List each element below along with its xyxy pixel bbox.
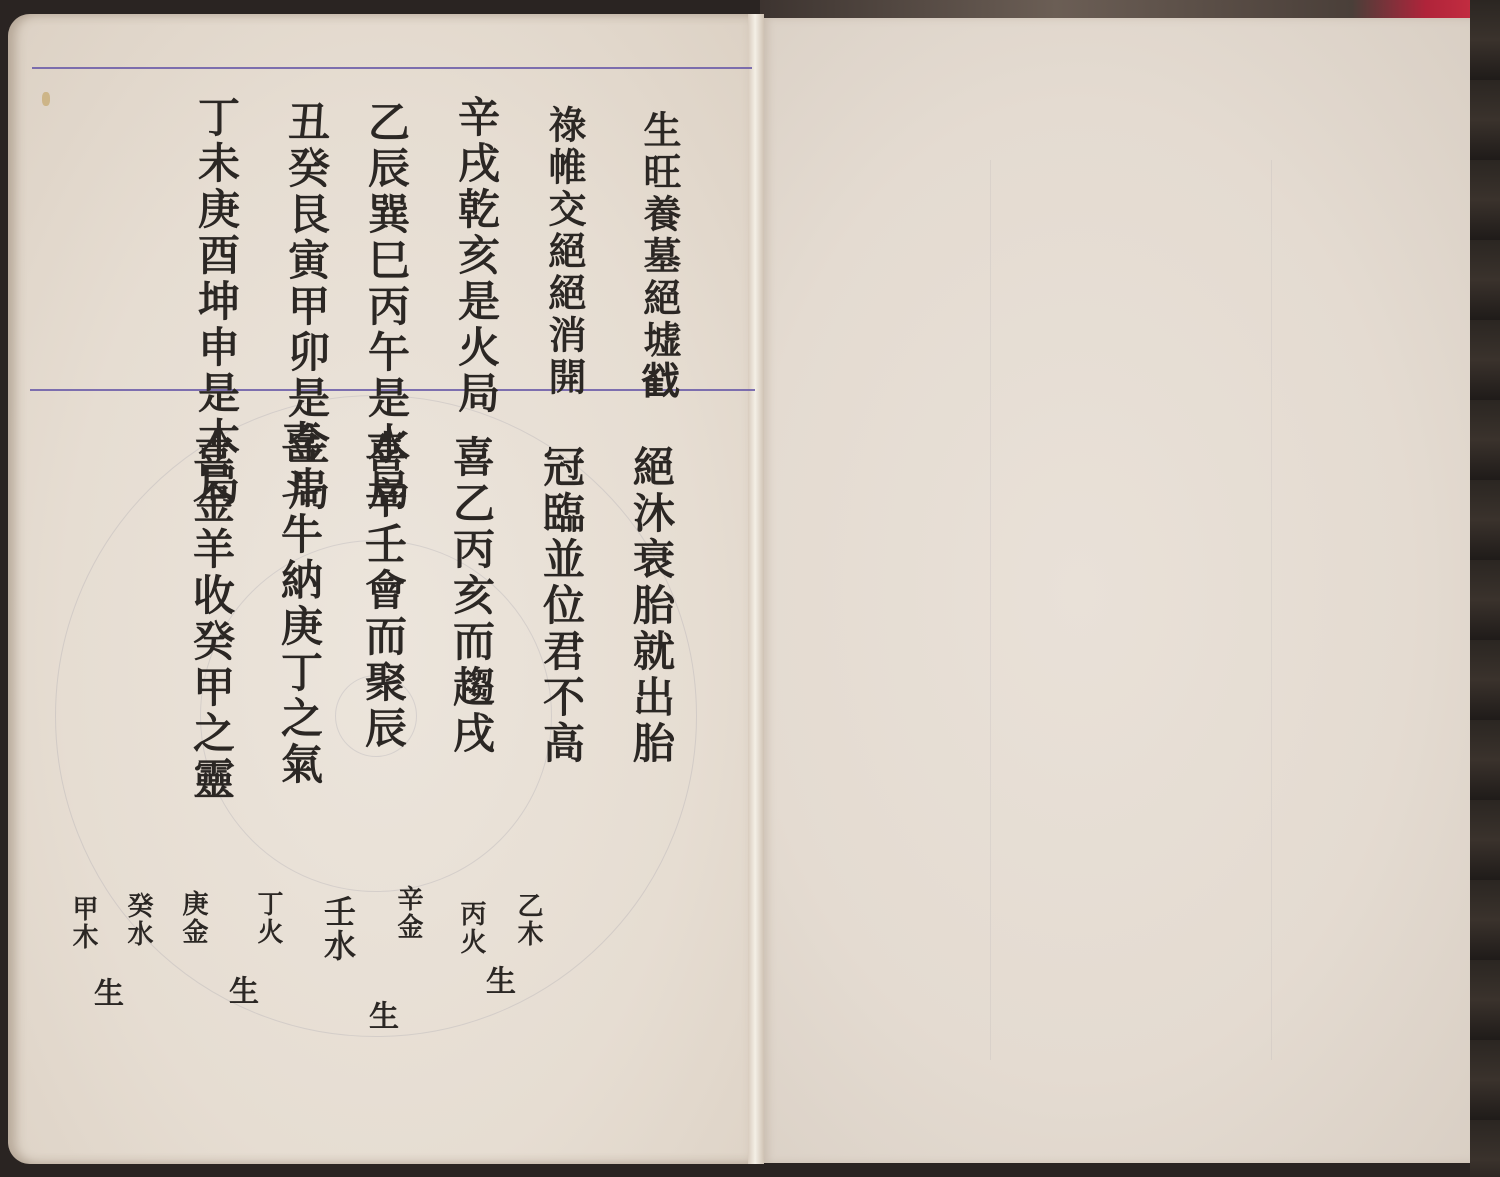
- stem-label-gui-water: 癸水: [125, 892, 151, 948]
- stem-label-ding-fire: 丁火: [255, 890, 281, 946]
- ruled-line-top: [32, 67, 752, 69]
- text-column-lower-4: 喜辛壬會而聚辰: [362, 430, 404, 752]
- stem-label-xin-metal: 辛金: [395, 885, 421, 941]
- stem-label-bing-fire: 丙火: [458, 900, 484, 956]
- text-column-lower-2: 冠臨並位君不高: [540, 445, 582, 767]
- text-column-upper-2: 祿帷交絕絕消開: [545, 105, 583, 399]
- text-column-lower-1: 絕沐衰胎就出胎: [630, 445, 672, 767]
- text-column-upper-3: 辛戌乾亥是火局: [455, 95, 497, 417]
- cover-edge-right: [1470, 0, 1500, 1177]
- stem-label-jia-sheng: 生: [90, 977, 120, 1013]
- stem-label-ding-sheng: 生: [225, 975, 255, 1011]
- paper-stain: [42, 92, 50, 106]
- stem-label-ren-water: 壬水: [322, 895, 354, 963]
- stem-label-xin-sheng: 生: [365, 1000, 395, 1036]
- text-column-lower-6: 喜金羊收癸甲之靈: [190, 435, 232, 803]
- stem-label-yi-wood: 乙木: [515, 892, 541, 948]
- book-gutter: [748, 14, 764, 1164]
- text-column-lower-5: 喜斗牛納庚丁之氣: [278, 420, 320, 788]
- text-column-upper-1: 生旺養墓絕墟𢧵: [640, 110, 678, 404]
- text-column-lower-3: 喜乙丙亥而趨戌: [450, 435, 492, 757]
- stem-label-bing-sheng: 生: [482, 965, 512, 1001]
- stem-label-geng-metal: 庚金: [180, 890, 206, 946]
- stem-label-jia-wood: 甲木: [70, 895, 96, 951]
- open-book: 生旺養墓絕墟𢧵 祿帷交絕絕消開 辛戌乾亥是火局 乙辰巽巳丙午是水局 丑癸艮寅甲卯…: [0, 0, 1500, 1177]
- show-through-grid-right: [990, 160, 1272, 1060]
